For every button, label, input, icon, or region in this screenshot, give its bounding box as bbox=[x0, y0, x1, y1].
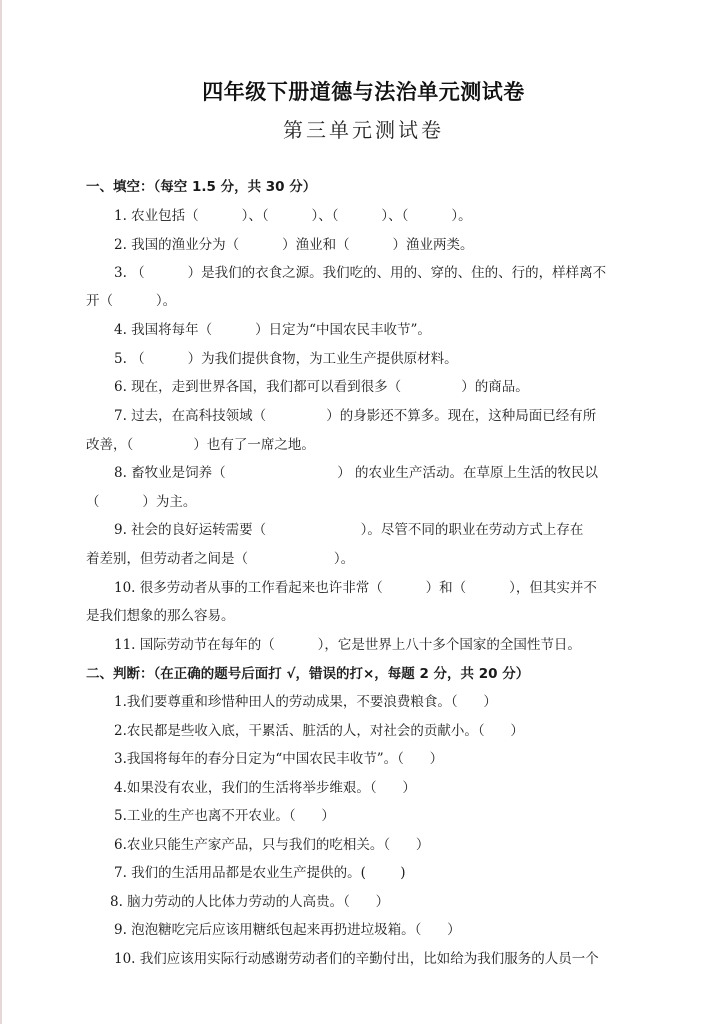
fill-question-2: 2. 我国的渔业分为（ ）渔业和（ ）渔业两类。 bbox=[114, 236, 474, 254]
fill-question-11: 11. 国际劳动节在每年的（ ），它是世界上八十多个国家的全国性节日。 bbox=[114, 636, 581, 654]
tf-question-7: 7. 我们的生活用品都是农业生产提供的。( ) bbox=[114, 864, 406, 882]
tf-question-6: 6.农业只能生产家产品，只与我们的吃相关。（ ） bbox=[114, 836, 429, 854]
fill-question-8: 8. 畜牧业是饲养（ ） 的农业生产活动。在草原上生活的牧民以 bbox=[114, 464, 598, 482]
page-subtitle: 第三单元测试卷 bbox=[0, 114, 727, 143]
page-title: 四年级下册道德与法治单元测试卷 bbox=[0, 76, 727, 106]
section-heading-fill-blank: 一、填空：（每空 1.5 分，共 30 分） bbox=[86, 178, 316, 196]
fill-question-5: 5. （ ）为我们提供食物，为工业生产提供原材料。 bbox=[114, 350, 458, 368]
tf-question-5: 5.工业的生产也离不开农业。（ ） bbox=[114, 807, 335, 825]
fill-question-7-cont: 改善，（ ）也有了一席之地。 bbox=[86, 436, 315, 454]
fill-question-9-cont: 着差别，但劳动者之间是（ ）。 bbox=[86, 550, 354, 568]
section-heading-true-false: 二、判断：（在正确的题号后面打 √，错误的打×，每题 2 分，共 20 分） bbox=[86, 665, 529, 683]
exam-page: 四年级下册道德与法治单元测试卷 第三单元测试卷 一、填空：（每空 1.5 分，共… bbox=[0, 0, 727, 1024]
tf-question-4: 4.如果没有农业，我们的生活将举步维艰。（ ） bbox=[114, 779, 416, 797]
fill-question-3-cont: 开（ ）。 bbox=[86, 292, 176, 310]
tf-question-8: 8. 脑力劳动的人比体力劳动的人高贵。（ ） bbox=[110, 893, 389, 911]
tf-question-1: 1.我们要尊重和珍惜种田人的劳动成果，不要浪费粮食。（ ） bbox=[114, 693, 497, 711]
fill-question-7: 7. 过去，在高科技领域（ ）的身影还不算多。现在，这种局面已经有所 bbox=[114, 407, 596, 425]
tf-question-10: 10. 我们应该用实际行动感谢劳动者们的辛勤付出，比如给为我们服务的人员一个 bbox=[114, 950, 599, 968]
fill-question-4: 4. 我国将每年（ ）日定为“中国农民丰收节”。 bbox=[114, 321, 431, 339]
fill-question-9: 9. 社会的良好运转需要（ ）。尽管不同的职业在劳动方式上存在 bbox=[114, 521, 583, 539]
tf-question-9: 9. 泡泡糖吃完后应该用糖纸包起来再扔进垃圾箱。（ ） bbox=[114, 921, 461, 939]
fill-question-10: 10. 很多劳动者从事的工作看起来也许非常（ ）和（ ），但其实并不 bbox=[114, 579, 597, 597]
fill-question-6: 6. 现在，走到世界各国，我们都可以看到很多（ ）的商品。 bbox=[114, 378, 529, 396]
tf-question-3: 3.我国将每年的春分日定为“中国农民丰收节”。（ ） bbox=[114, 750, 443, 768]
fill-question-1: 1. 农业包括（ ）、（ ）、（ ）、（ ）。 bbox=[114, 207, 472, 225]
tf-question-2: 2.农民都是些收入底，干累活、脏活的人，对社会的贡献小。（ ） bbox=[114, 722, 524, 740]
fill-question-3: 3. （ ）是我们的衣食之源。我们吃的、用的、穿的、住的、行的，样样离不 bbox=[114, 264, 606, 282]
fill-question-10-cont: 是我们想象的那么容易。 bbox=[86, 607, 235, 625]
fill-question-8-cont: （ ）为主。 bbox=[86, 493, 196, 511]
